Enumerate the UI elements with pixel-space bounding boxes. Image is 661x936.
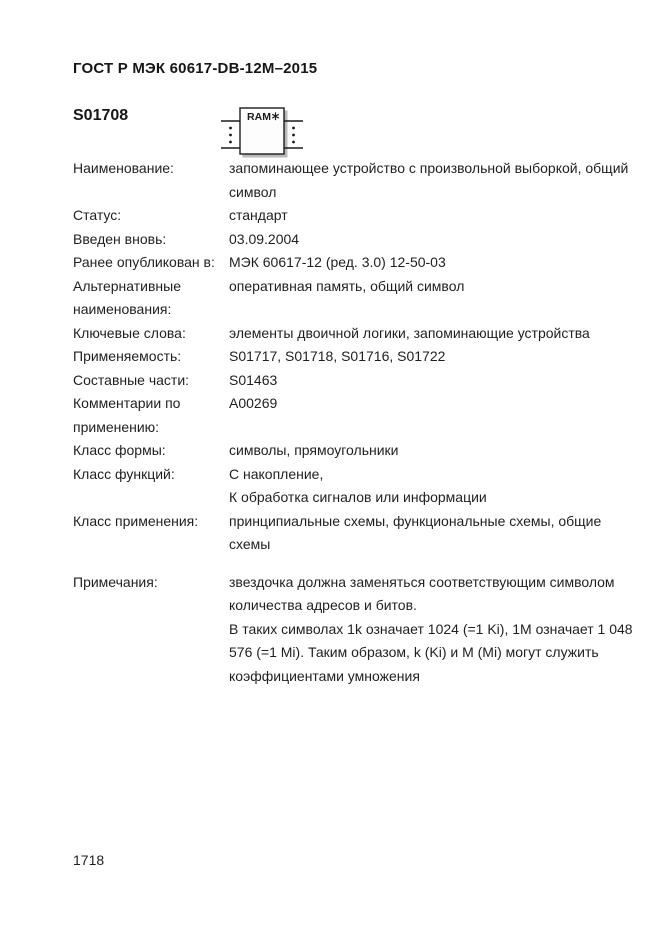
field-row-application-class: Класс применения: принципиальные схемы, … bbox=[73, 510, 635, 557]
field-value: звездочка должна заменяться соответствую… bbox=[229, 571, 635, 689]
field-label: Класс формы: bbox=[73, 439, 229, 463]
right-ellipsis-dots bbox=[292, 127, 295, 144]
field-list: Наименование: запоминающее устройство с … bbox=[73, 157, 635, 688]
field-row-alternative-names: Альтернативные наименования: оперативная… bbox=[73, 275, 635, 322]
field-row-application-comments: Комментарии по применению: A00269 bbox=[73, 392, 635, 439]
field-value: S01717, S01718, S01716, S01722 bbox=[229, 345, 635, 369]
field-value: A00269 bbox=[229, 392, 635, 439]
field-label: Наименование: bbox=[73, 157, 229, 204]
symbol-id: S01708 bbox=[73, 107, 128, 125]
field-row-notes: Примечания: звездочка должна заменяться … bbox=[73, 571, 635, 689]
field-row-function-class: Класс функций: С накопление, К обработка… bbox=[73, 463, 635, 510]
field-row-keywords: Ключевые слова: элементы двоичной логики… bbox=[73, 322, 635, 346]
field-label: Ранее опубликован в: bbox=[73, 251, 229, 275]
field-value: С накопление, К обработка сигналов или и… bbox=[229, 463, 635, 510]
field-value: запоминающее устройство с произвольной в… bbox=[229, 157, 635, 204]
field-label: Составные части: bbox=[73, 369, 229, 393]
field-label: Примечания: bbox=[73, 571, 229, 689]
field-label: Статус: bbox=[73, 204, 229, 228]
field-label: Класс функций: bbox=[73, 463, 229, 510]
field-row-applicability: Применяемость: S01717, S01718, S01716, S… bbox=[73, 345, 635, 369]
document-page: ГОСТ Р МЭК 60617-DB-12M–2015 S01708 bbox=[0, 0, 661, 936]
field-row-shape-class: Класс формы: символы, прямоугольники bbox=[73, 439, 635, 463]
field-label: Ключевые слова: bbox=[73, 322, 229, 346]
symbol-label: RAM bbox=[247, 111, 271, 123]
field-row-name: Наименование: запоминающее устройство с … bbox=[73, 157, 635, 204]
document-standard-header: ГОСТ Р МЭК 60617-DB-12M–2015 bbox=[73, 60, 317, 77]
field-value: стандарт bbox=[229, 204, 635, 228]
field-row-previously-published: Ранее опубликован в: МЭК 60617-12 (ред. … bbox=[73, 251, 635, 275]
field-row-status: Статус: стандарт bbox=[73, 204, 635, 228]
field-value: элементы двоичной логики, запоминающие у… bbox=[229, 322, 635, 346]
field-row-component-parts: Составные части: S01463 bbox=[73, 369, 635, 393]
field-value: 03.09.2004 bbox=[229, 228, 635, 252]
field-label: Альтернативные наименования: bbox=[73, 275, 229, 322]
field-value: символы, прямоугольники bbox=[229, 439, 635, 463]
left-ellipsis-dots bbox=[229, 127, 232, 144]
field-value: МЭК 60617-12 (ред. 3.0) 12-50-03 bbox=[229, 251, 635, 275]
field-value: оперативная память, общий символ bbox=[229, 275, 635, 322]
page-number: 1718 bbox=[73, 852, 104, 868]
field-label: Комментарии по применению: bbox=[73, 392, 229, 439]
field-label: Класс применения: bbox=[73, 510, 229, 557]
field-value: S01463 bbox=[229, 369, 635, 393]
field-row-reintroduced: Введен вновь: 03.09.2004 bbox=[73, 228, 635, 252]
field-value: принципиальные схемы, функциональные схе… bbox=[229, 510, 635, 557]
field-label: Применяемость: bbox=[73, 345, 229, 369]
field-label: Введен вновь: bbox=[73, 228, 229, 252]
